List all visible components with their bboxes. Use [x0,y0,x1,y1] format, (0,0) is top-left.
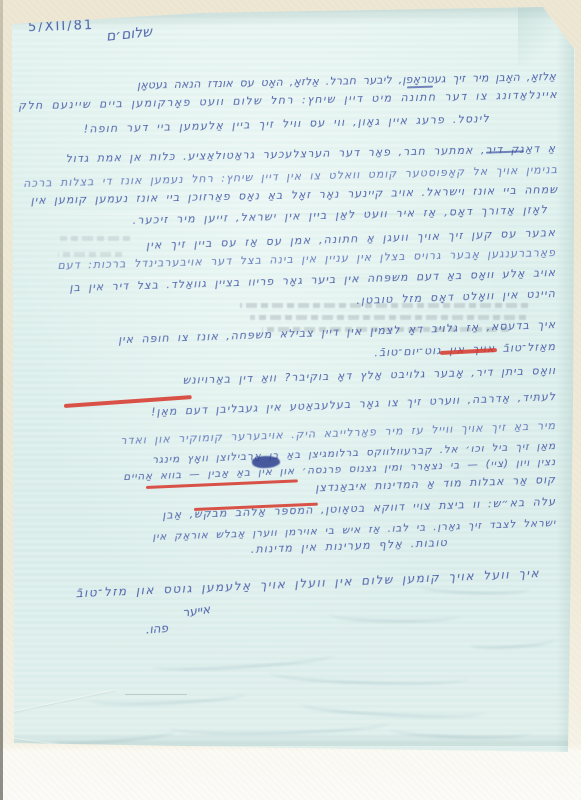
bleedthrough-handwriting [470,634,556,650]
scanned-letter: 5/XII/81 שלום׳ם אַלזאָ, האָבן מיר זיך גע… [0,0,581,800]
letter-line-red-underlined: מאַזל־טובֿ אויך אין גוט־יום־טובֿ. [294,340,556,362]
letter-line: איינלאַדונג צו דער חתונה מיט דיין שיחץ: … [34,88,558,112]
letter-line: וואָס ביתן דיר, אָבער גלויבט אַלץ דאָ בו… [40,364,556,391]
letter-date: 5/XII/81 [28,18,94,35]
letter-line: אַלזאָ, האָבן מיר זיך געטראָפן, ליבער חב… [322,70,556,88]
signature-line-1: אייער [158,602,211,623]
paper-right-shadow [556,8,574,752]
bleedthrough-handwriting [270,663,471,688]
scanner-edge-shadow [0,0,3,800]
letter-paper: 5/XII/81 שלום׳ם אַלזאָ, האָבן מיר זיך גע… [0,0,581,800]
bleedthrough-handwriting [330,607,460,623]
letter-line: לאָזן אַדורך דאָס, אַז איר וועט לאַן ביי… [72,203,548,228]
letter-line: אַ דאַנק דיר, אמתער חבר, פאַר דער הערצלע… [36,142,556,166]
bleedthrough-print-line [250,315,526,320]
signature-line-2: פהו. [122,621,169,638]
letter-line: לינסל. פרעג איין גאָון, ווי עס וויל זיך … [60,112,490,136]
letter-line-red-underlined: לעתּיד, אַדרבה, ווערט זיך צו גאָר בעלעבא… [36,390,556,423]
blue-word-underline [407,86,433,89]
